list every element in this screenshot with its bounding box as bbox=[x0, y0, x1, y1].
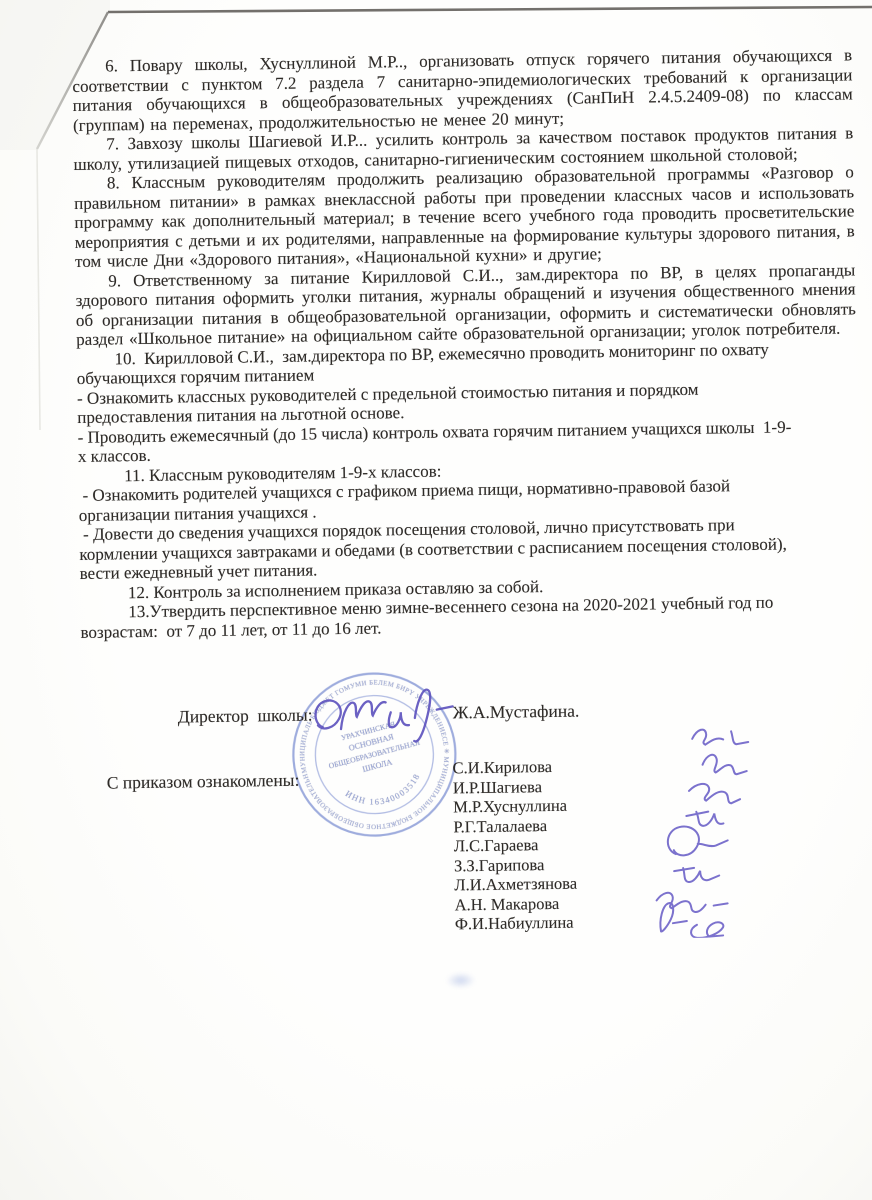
director-label: Директор школы: bbox=[178, 705, 313, 728]
signatories-list: С.И.КириловаИ.Р.ШагиеваМ.Р.ХуснуллинаР.Г… bbox=[452, 757, 577, 934]
paragraph-item-6: 6. Повару школы, Хуснуллиной М.Р.., орга… bbox=[72, 45, 853, 135]
document-content: 6. Повару школы, Хуснуллиной М.Р.., орга… bbox=[72, 45, 868, 1156]
paragraph-item-8: 8. Классным руководителям продолжить реа… bbox=[74, 162, 855, 271]
signatory-signatures-ink bbox=[629, 672, 783, 939]
page-top-edge-line bbox=[108, 7, 872, 12]
paragraph-item-9: 9. Ответственному за питание Кирилловой … bbox=[75, 260, 856, 350]
signatory-name: А.Н. Макарова bbox=[454, 893, 577, 914]
signatory-name: С.И.Кирилова bbox=[452, 757, 575, 778]
signatory-name: З.З.Гарипова bbox=[454, 854, 577, 875]
acknowledged-label: С приказом ознакомлены: bbox=[107, 770, 300, 794]
scanned-document-page: 6. Повару школы, Хуснуллиной М.Р.., орга… bbox=[0, 0, 872, 1200]
signatory-name: М.Р.Хуснуллина bbox=[453, 796, 576, 817]
svg-text:ИНН 16340003518: ИНН 16340003518 bbox=[342, 769, 427, 815]
director-signature-ink bbox=[306, 679, 457, 756]
director-name: Ж.А.Мустафина. bbox=[453, 701, 580, 724]
signatory-name: Ф.И.Набиуллина bbox=[455, 913, 578, 934]
page-left-edge-line bbox=[37, 149, 40, 430]
signatory-name: Л.С.Гараева bbox=[454, 835, 577, 856]
ink-smudge bbox=[446, 972, 476, 988]
stamp-inn-text: ИНН 16340003518 bbox=[342, 769, 427, 815]
signatory-name: Р.Г.Талалаева bbox=[453, 815, 576, 836]
signatory-name: И.Р.Шагиева bbox=[453, 776, 576, 797]
signatory-name: Л.И.Ахметзянова bbox=[454, 874, 577, 895]
